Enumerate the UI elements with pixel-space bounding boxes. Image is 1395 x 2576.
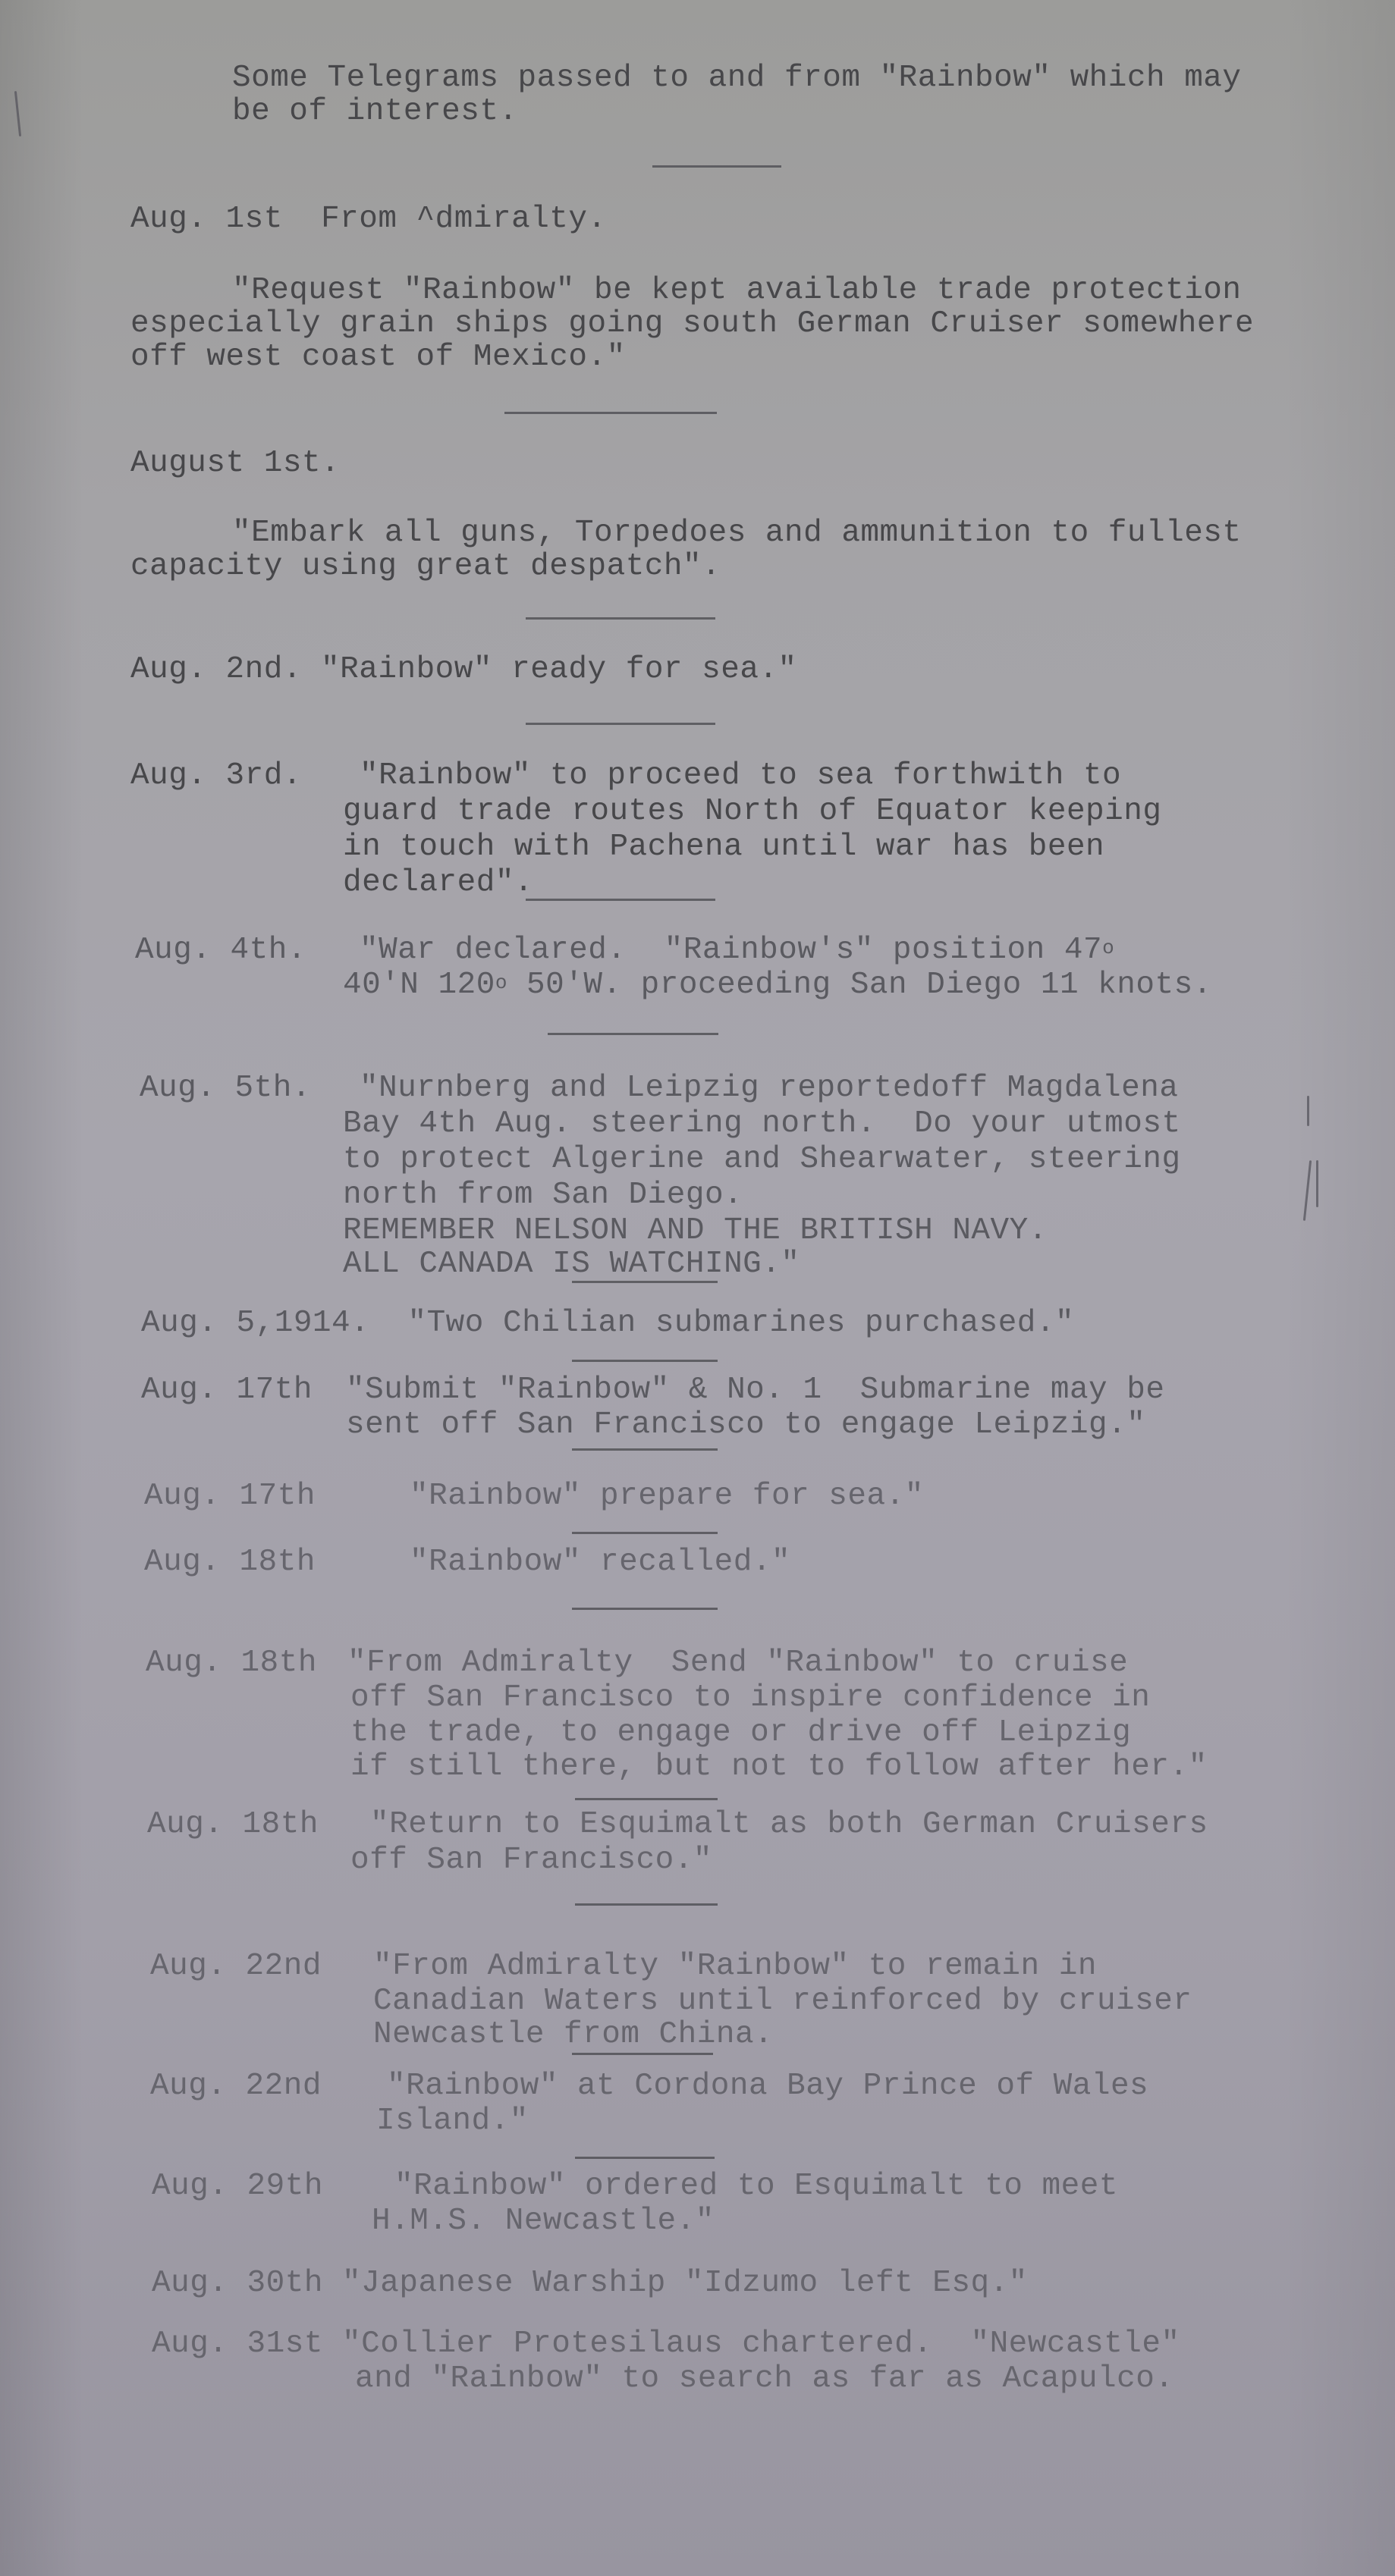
entry-date: Aug. 17th [141, 1373, 313, 1407]
separator-rule [572, 2053, 713, 2055]
entry-date: Aug. 30th "Japanese Warship "Idzumo left… [152, 2266, 1028, 2301]
entry-line: north from San Diego. [343, 1178, 743, 1213]
separator-rule [572, 1281, 718, 1283]
entry-date: Aug. 17th [144, 1479, 316, 1514]
separator-rule [575, 1798, 718, 1800]
margin-pencil-mark-right [1307, 1096, 1309, 1126]
separator-rule [526, 617, 715, 620]
separator-rule [526, 723, 715, 725]
separator-rule [652, 165, 781, 168]
entry-line: sent off San Francisco to engage Leipzig… [346, 1407, 1145, 1442]
entry-line: "War declared. "Rainbow's" position 47o [360, 933, 1114, 970]
entry-line: declared". [343, 865, 533, 900]
entry-line: off San Francisco to inspire confidence … [350, 1680, 1150, 1715]
entry-date: Aug. 18th [144, 1545, 316, 1580]
entry-line: "Rainbow" recalled." [410, 1545, 790, 1580]
entry-line: "Rainbow" to proceed to sea forthwith to [360, 758, 1121, 793]
separator-rule [575, 1903, 718, 1906]
entry-date: Aug. 29th [152, 2169, 323, 2204]
entry-line: guard trade routes North of Equator keep… [343, 794, 1161, 829]
entry-line: REMEMBER NELSON AND THE BRITISH NAVY. [343, 1213, 1048, 1248]
entry-line: off San Francisco." [350, 1843, 712, 1878]
entry-date: Aug. 18th [147, 1807, 319, 1842]
separator-rule [572, 1448, 718, 1451]
entry-date: Aug. 5th. [140, 1071, 311, 1106]
entry-line: "From Admiralty "Rainbow" to remain in [373, 1949, 1097, 1984]
entry-line: "Rainbow" at Cordona Bay Prince of Wales [387, 2069, 1148, 2104]
separator-rule [572, 1608, 718, 1610]
entry-date: Aug. 1st From ^dmiralty. [130, 202, 607, 237]
entry-line: in touch with Pachena until war has been [343, 830, 1104, 864]
entry-line: especially grain ships going south Germa… [130, 306, 1254, 341]
separator-rule [526, 899, 715, 901]
entry-line: "Embark all guns, Torpedoes and ammuniti… [232, 516, 1242, 551]
entry-line: and "Rainbow" to search as far as Acapul… [355, 2361, 1173, 2396]
entry-line: Newcastle from China. [373, 2017, 773, 2052]
entry-line: H.M.S. Newcastle." [372, 2204, 715, 2239]
entry-line: capacity using great despatch". [130, 549, 721, 584]
entry-line: "Return to Esquimalt as both German Crui… [370, 1807, 1208, 1842]
separator-rule [575, 2157, 715, 2159]
margin-pencil-mark-left [14, 91, 21, 136]
entry-date: Aug. 31st "Collier Protesilaus chartered… [152, 2327, 1180, 2361]
entry-date: Aug. 5,1914. "Two Chilian submarines pur… [141, 1306, 1074, 1341]
entry-line: 40'N 120o 50'W. proceeding San Diego 11 … [343, 968, 1212, 1005]
intro-line-2: be of interest. [232, 94, 518, 129]
intro-line-1: Some Telegrams passed to and from "Rainb… [232, 61, 1242, 96]
entry-date: Aug. 2nd. "Rainbow" ready for sea." [130, 652, 797, 687]
entry-heading: From ^dmiralty. [321, 202, 607, 237]
entry-line: "From Admiralty Send "Rainbow" to cruise [347, 1646, 1128, 1680]
entry-line: "Rainbow" prepare for sea." [410, 1479, 924, 1514]
entry-line: to protect Algerine and Shearwater, stee… [343, 1142, 1181, 1177]
separator-rule [572, 1360, 718, 1362]
entry-line: Canadian Waters until reinforced by crui… [373, 1984, 1192, 2019]
entry-line: ALL CANADA IS WATCHING." [343, 1247, 800, 1282]
entry-line: Bay 4th Aug. steering north. Do your utm… [343, 1106, 1181, 1141]
separator-rule [504, 412, 717, 414]
separator-rule [548, 1033, 718, 1035]
entry-date: Aug. 3rd. [130, 758, 302, 793]
entry-line: off west coast of Mexico." [130, 340, 626, 375]
entry-date: August 1st. [130, 446, 340, 481]
entry-line: the trade, to engage or drive off Leipzi… [350, 1715, 1131, 1750]
entry-line: "Request "Rainbow" be kept available tra… [232, 273, 1242, 308]
entry-date: Aug. 18th [146, 1646, 317, 1680]
entry-date: Aug. 4th. [135, 933, 306, 968]
entry-line: if still there, but not to follow after … [350, 1749, 1208, 1784]
entry-line: Island." [376, 2104, 529, 2138]
entry-date: Aug. 22nd [150, 2069, 322, 2104]
entry-date: Aug. 22nd [150, 1949, 322, 1984]
margin-pencil-mark-right-double [1303, 1160, 1312, 1221]
entry-line: "Rainbow" ordered to Esquimalt to meet [394, 2169, 1118, 2204]
degree-symbol: o [1102, 937, 1114, 959]
margin-pencil-mark-right-double-2 [1316, 1160, 1318, 1207]
separator-rule [572, 1532, 718, 1534]
entry-line: "Submit "Rainbow" & No. 1 Submarine may … [346, 1373, 1164, 1407]
degree-symbol: o [495, 971, 507, 994]
entry-line: "Nurnberg and Leipzig reportedoff Magdal… [360, 1071, 1178, 1106]
